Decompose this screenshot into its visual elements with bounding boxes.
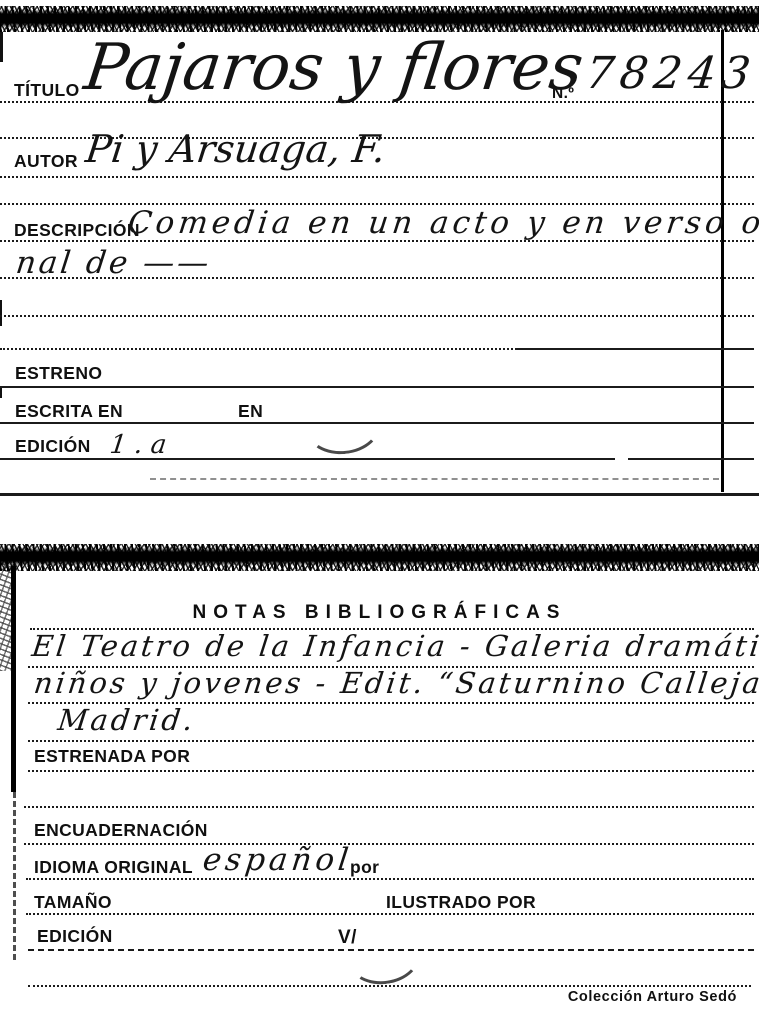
ruled-line (516, 348, 754, 350)
estrenada-por-label: ESTRENADA POR (34, 748, 190, 766)
ruled-line (0, 348, 520, 350)
idioma-original-label: IDIOMA ORIGINAL (34, 859, 193, 877)
autor-value-handwritten: Pi y Arsuaga, F. (84, 130, 388, 168)
ruled-line (24, 843, 754, 845)
edicion-value-handwritten: 1.a (108, 432, 176, 458)
notas-line3-handwritten: Madrid. (56, 706, 197, 735)
card-top-bottom-border (0, 493, 759, 496)
scan-artifact-tick (0, 300, 2, 326)
ruled-line (628, 458, 754, 460)
scan-artifact-tick (0, 32, 3, 62)
autor-label: AUTOR (14, 153, 78, 171)
notas-line1-handwritten: El Teatro de la Infancia - Galeria dramá… (30, 632, 759, 661)
descripcion-label: DESCRIPCIÓN (14, 222, 140, 240)
ruled-line (28, 985, 751, 987)
stamp-mark-arc (302, 394, 383, 458)
en-label: EN (238, 403, 263, 421)
ruled-line (0, 458, 615, 460)
tamano-label: TAMAÑO (34, 894, 112, 912)
edicion-bottom-label: EDICIÓN (37, 928, 113, 946)
ruled-line (0, 386, 754, 388)
numero-value-handwritten: 78243 (583, 52, 758, 96)
descripcion-line2-handwritten: nal de —— (14, 248, 213, 279)
titulo-label: TÍTULO (14, 82, 80, 100)
titulo-value-handwritten: Pajaros y flores (81, 36, 587, 100)
card-bottom-left-border-dashed (13, 792, 16, 960)
encuadernacion-label: ENCUADERNACIÓN (34, 822, 208, 840)
ilustrado-por-label: ILUSTRADO POR (386, 894, 536, 912)
por-label: por (350, 859, 379, 877)
ruled-line (0, 315, 754, 317)
card-bottom-left-border (11, 566, 16, 792)
ruled-line (28, 740, 754, 742)
ruled-line (26, 878, 754, 880)
notas-line2-handwritten: niños y jovenes - Edit. “Saturnino Calle… (32, 669, 759, 698)
torn-edge-top-card (0, 6, 759, 32)
ruled-line (26, 913, 754, 915)
edicion-label: EDICIÓN (15, 438, 91, 456)
ruled-line-faint (150, 478, 719, 480)
ruled-line (24, 806, 754, 808)
descripcion-line1-handwritten: Comedia en un acto y en verso origi- (126, 208, 759, 239)
escrita-en-label: ESCRITA EN (15, 403, 123, 421)
ruled-line (0, 176, 754, 178)
estreno-label: ESTRENO (15, 365, 102, 383)
idioma-original-value-handwritten: español (201, 845, 354, 876)
coleccion-credit: Colección Arturo Sedó (568, 989, 737, 1005)
ruled-line (28, 770, 754, 772)
torn-edge-bottom-card (0, 544, 759, 571)
notas-bibliograficas-header: NOTAS BIBLIOGRÁFICAS (0, 602, 759, 624)
